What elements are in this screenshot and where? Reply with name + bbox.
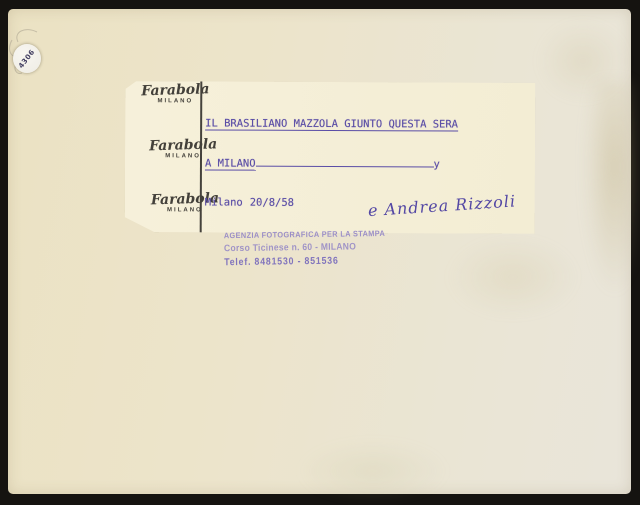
stray-character: y [434, 158, 440, 170]
typed-underscore-rule [256, 157, 434, 168]
stamp-phone: Telef. 8481530 - 851536 [224, 255, 379, 268]
age-stain [448, 237, 578, 317]
farabola-agency-city: MILANO [141, 98, 209, 104]
farabola-stamp: Farabola MILANO [141, 83, 209, 104]
stamp-address: Corso Ticinese n. 60 - MILANO [224, 241, 382, 254]
agency-address-stamp: AGENZIA FOTOGRAFICA PER LA STAMPA Corso … [224, 229, 400, 268]
dateline-date: 20/8/58 [250, 197, 294, 209]
headline-line1: IL BRASILIANO MAZZOLA GIUNTO QUESTA SERA [205, 117, 483, 131]
headline-line2: A MILANOy [205, 156, 483, 171]
caption-label-card: Farabola MILANO Farabola MILANO Farabola… [125, 81, 536, 234]
dateline-city: Milano [205, 196, 243, 208]
age-stain [538, 21, 628, 101]
age-stain [298, 441, 448, 501]
archive-number: 4306 [17, 48, 37, 70]
farabola-agency-name: Farabola [141, 82, 210, 98]
age-stain [583, 81, 635, 296]
stamp-agency-name: AGENZIA FOTOGRAFICA PER LA STAMPA [224, 229, 385, 240]
archive-number-sticker: 4306 [13, 44, 41, 73]
